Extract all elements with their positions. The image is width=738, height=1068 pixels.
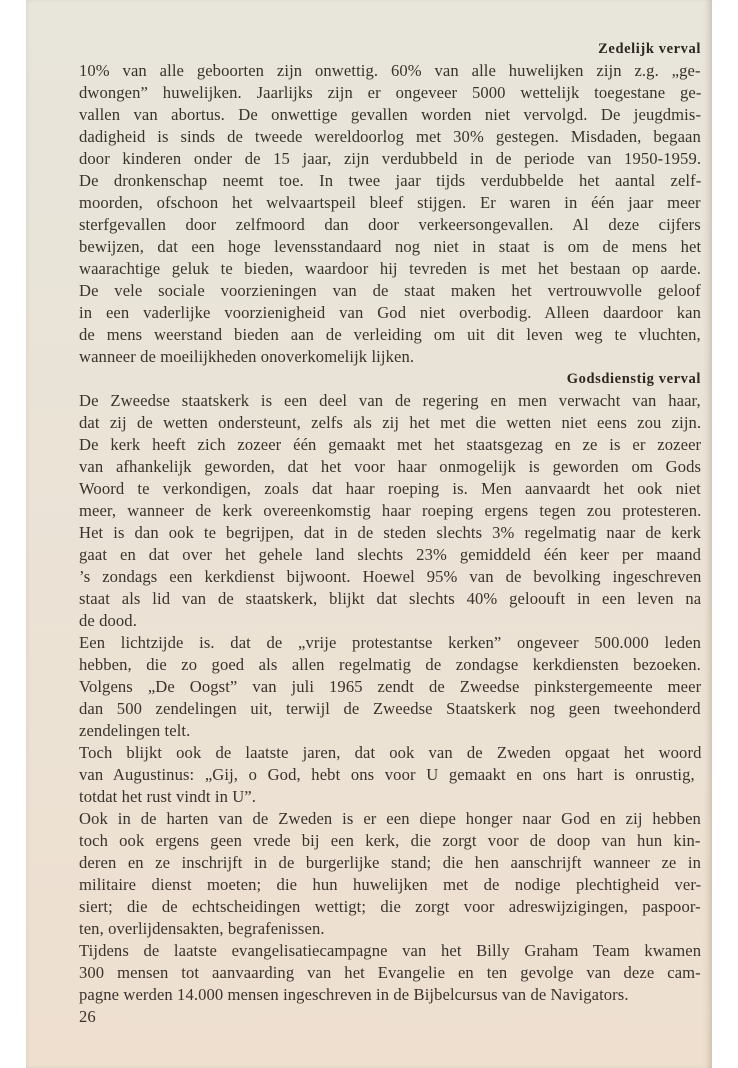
text-line: deren en ze inschrijft in de burgerlijke…	[79, 852, 701, 874]
text-line: in een vaderlijke voorzienigheid van God…	[79, 302, 701, 324]
paragraph: 10% van alle geboorten zijn onwettig. 60…	[79, 60, 701, 368]
text-line: sterfgevallen door zelfmoord dan door ve…	[79, 214, 701, 236]
text-line: Tijdens de laatste evangelisatiecampagne…	[79, 940, 701, 962]
text-line: De Zweedse staatskerk is een deel van de…	[79, 390, 701, 412]
text-line: zendelingen telt.	[79, 720, 701, 742]
text-line: meer, wanneer de kerk overeenkomstig haa…	[79, 500, 701, 522]
text-line: 300 mensen tot aanvaarding van het Evang…	[79, 962, 701, 984]
text-line: ’s zondags een kerkdienst bijwoont. Hoew…	[79, 566, 701, 588]
text-line: door kinderen onder de 15 jaar, zijn ver…	[79, 148, 701, 170]
text-line: van afhankelijk geworden, dat het voor h…	[79, 456, 701, 478]
text-line: De kerk heeft zich zozeer één gemaakt me…	[79, 434, 701, 456]
text-line: De vele sociale voorzieningen van de sta…	[79, 280, 701, 302]
text-line: de dood.	[79, 610, 701, 632]
paragraph: Tijdens de laatste evangelisatiecampagne…	[79, 940, 701, 1006]
section-heading-zedelijk-verval: Zedelijk verval	[79, 38, 701, 60]
text-line: Het is dan ook te begrijpen, dat in de s…	[79, 522, 701, 544]
text-line: militaire dienst moeten; die hun huwelij…	[79, 874, 701, 896]
text-line: bewijzen, dat een hoge levensstandaard n…	[79, 236, 701, 258]
text-line: vallen van abortus. De onwettige gevalle…	[79, 104, 701, 126]
text-line: siert; die de echtscheidingen wettigt; d…	[79, 896, 701, 918]
text-line: gaat en dat over het gehele land slechts…	[79, 544, 701, 566]
page-number: 26	[79, 1006, 701, 1028]
paragraph: De Zweedse staatskerk is een deel van de…	[79, 390, 701, 632]
paragraph: Toch blijkt ook de laatste jaren, dat oo…	[79, 742, 701, 808]
text-line: dadigheid is sinds de tweede wereldoorlo…	[79, 126, 701, 148]
text-line: staat als lid van de staatskerk, blijkt …	[79, 588, 701, 610]
text-line: Toch blijkt ook de laatste jaren, dat oo…	[79, 742, 701, 764]
text-line: waarachtige geluk te bieden, waardoor hi…	[79, 258, 701, 280]
text-line: totdat het rust vindt in U”.	[79, 786, 701, 808]
text-line: pagne werden 14.000 mensen ingeschreven …	[79, 984, 701, 1006]
text-line: Woord te verkondigen, zoals dat haar roe…	[79, 478, 701, 500]
text-line: wanneer de moeilijkheden onoverkomelijk …	[79, 346, 701, 368]
text-line: toch ook ergens geen vrede bij een kerk,…	[79, 830, 701, 852]
book-page: Zedelijk verval 10% van alle geboorten z…	[26, 0, 712, 1068]
text-line: dan 500 zendelingen uit, terwijl de Zwee…	[79, 698, 701, 720]
text-line: Ook in de harten van de Zweden is er een…	[79, 808, 701, 830]
text-line: de mens weerstand bieden aan de verleidi…	[79, 324, 701, 346]
text-line: ten, overlijdensakten, begrafenissen.	[79, 918, 701, 940]
section-heading-godsdienstig-verval: Godsdienstig verval	[79, 368, 701, 390]
text-line: 10% van alle geboorten zijn onwettig. 60…	[79, 60, 701, 82]
text-line: van Augustinus: „Gij, o God, hebt ons vo…	[79, 764, 701, 786]
text-line: Een lichtzijde is. dat de „vrije protest…	[79, 632, 701, 654]
page-content: Zedelijk verval 10% van alle geboorten z…	[79, 38, 701, 1028]
text-line: De dronkenschap neemt toe. In twee jaar …	[79, 170, 701, 192]
paragraph: Ook in de harten van de Zweden is er een…	[79, 808, 701, 940]
text-line: moorden, ofschoon het welvaartspeil blee…	[79, 192, 701, 214]
text-line: Volgens „De Oogst” van juli 1965 zendt d…	[79, 676, 701, 698]
text-line: hebben, die zo goed als allen regelmatig…	[79, 654, 701, 676]
text-line: dwongen” huwelijken. Jaarlijks zijn er o…	[79, 82, 701, 104]
paragraph: Een lichtzijde is. dat de „vrije protest…	[79, 632, 701, 742]
text-line: dat zij de wetten ondersteunt, zelfs als…	[79, 412, 701, 434]
